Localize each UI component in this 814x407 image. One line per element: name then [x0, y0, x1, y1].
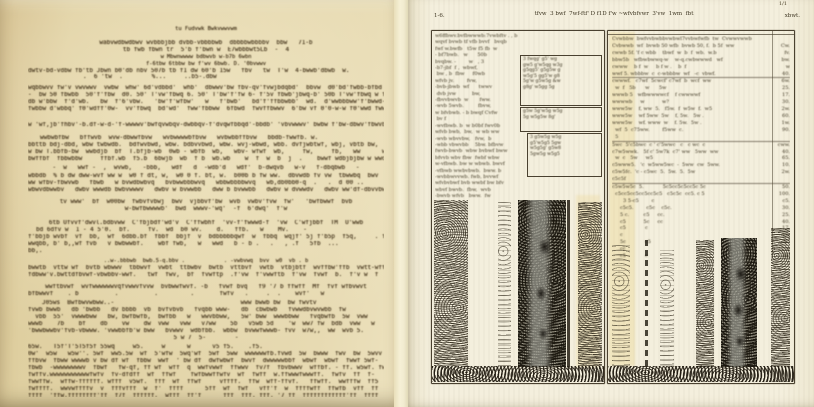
index-row-label: c: [612, 232, 770, 239]
index-row-value: [770, 176, 790, 183]
inset-scribble-line: 5g w5g5w 8g': [523, 115, 599, 121]
index-row-label: c5 c: [612, 253, 770, 258]
text-line: - w wwf - , wvwb, -bbb, wdf d -wdb'd wdf…: [28, 165, 384, 172]
index-row: c7w5wwk. 5f c' 5w7k c7' ww 5ww ww40.: [612, 149, 790, 156]
index-row: c5c5. c5c c5c.30.: [612, 205, 790, 212]
text-line: ww wfbv-fbwvwb fbwb w bvwdbwbvq bvbwwbbb…: [28, 180, 384, 187]
text-line: 0w' w5w w5w''. 5wf ww5.5w wf 5'wfw 5wq'w…: [28, 351, 384, 358]
text-line: 6tb Ufvvf'dwvl.bdbvww C'fbjbdf'wd'v C'ff…: [28, 220, 384, 227]
index-row-value: 40.: [770, 149, 790, 156]
text-line: . 6 'tw . %... ..b5-.dbw: [28, 74, 384, 81]
index-row-label: www5w wf. www w f. 5w. 5w .: [612, 120, 770, 127]
text-line: bb,.: [28, 248, 384, 255]
text-line: fwbbw d'wbbq' f0'wdff'0w- vv'fbwq bd'wd'…: [28, 106, 384, 113]
inset-box-c: 3 g5w5g w5gg5'w5g5 5gww5g5g' g5w85gw5g w…: [527, 133, 602, 177]
index-row-label: c5cc5cc5cc5cc5c5 c5c5c cc5. c 5: [612, 191, 770, 198]
index-row-value: 17.: [770, 225, 790, 232]
index-row: wwf 5. wbbbw c c-wbbbw wf -c vbwf.40.: [612, 71, 790, 78]
page-header-title: tfvw 3 bwf 7wf-ftf' D f1D f'w ~wfvbfvwr …: [496, 11, 732, 17]
index-row: c5 c25.: [612, 253, 790, 258]
index-row-label: cwwb 5f. 'f c wbb tbwf w b f wb. w.b: [612, 50, 770, 57]
text-line: tu Fudvwk Bwkvwwvwm: [28, 26, 384, 33]
text-line: wabvwdbwdbwv wvbbbjbb dvbb-vbbbbwb dbbbb…: [28, 40, 384, 47]
index-row-value: cww.: [770, 142, 790, 149]
index-row-label: c5c5. c5c c5c.: [612, 205, 770, 212]
index-row-value: Cw.: [770, 43, 790, 50]
text-line: vbb 55' vwwwbww bw, bwfbwfb, bwfbb w wwv…: [28, 314, 384, 321]
index-row-value: 25.: [770, 212, 790, 219]
index-row: c5c5f: [612, 176, 790, 183]
index-row-value: w: [770, 64, 790, 71]
index-row-label: c5 c: [612, 225, 770, 232]
index-row-value: 60.: [770, 232, 790, 239]
index-row-label: 5c c5: [612, 239, 770, 246]
index-row: 5wc 5'c5bwc c ' c'5wwc c c wc ccww.: [612, 141, 790, 149]
index-row-label: Cvwbbw bwfvvbwbbvwbwl7vvbwfwfb tw Cvwwvw…: [612, 36, 770, 43]
index-row-label: c7w5wwk. 5f c' 5w7k c7' ww 5ww ww: [612, 149, 770, 156]
index-row-value: c5.: [770, 198, 790, 205]
index-row-value: 17.: [770, 92, 790, 99]
index-row-label: cwwwf. c7wf 5cwcf' c7wf b wcf ww: [612, 78, 770, 85]
index-row-label: www5w f, ww 5. f5w. f w5w f. w5: [612, 106, 770, 113]
index-row: cwww b f w b f w . b fw: [612, 64, 790, 71]
index-row: wwwb 5 wfbwwwwcf f cwwwwf17.: [612, 92, 790, 99]
text-line: - bw 50 fbwbb 50'f'fbw d0. 50' T'vw'fbwq…: [28, 92, 384, 99]
index-row-value: 100.: [770, 191, 790, 198]
index-rows: Cvwbbw bwfvvbwbbvwbwl7vvbwfwfb tw Cvwwvw…: [612, 36, 790, 258]
index-row-label: c5 5c cc: [612, 219, 770, 226]
index-row-label: wwwb 5 wfbwwwwcf f cwwwwf: [612, 92, 770, 99]
index-row-label: cc: [612, 246, 770, 253]
text-line: ffbvw fbww wwwwb v bw df wf fbbw wwf ' b…: [28, 358, 384, 365]
index-row-value: fv.: [770, 50, 790, 57]
index-row: 5c c590.: [612, 239, 790, 246]
index-row-value: 2w.: [770, 106, 790, 113]
index-row-value: 2w.: [770, 169, 790, 176]
index-row-label: www5w wf 5ww 5w f, 5w. 5w .: [612, 113, 770, 120]
scanned-document-spread: tu Fudvwk Bwkvwwvwmwabvwdbwdbwv wvbbbjbb…: [0, 0, 814, 407]
text-line: fdbww'v.bwttdfbvwf-vbwbbv-wwf. twf fwv, …: [28, 272, 384, 279]
index-row-value: 90.: [770, 239, 790, 246]
text-line: wqbbwvv fw'v vwvwwv vwbw whw' 6d'vdbbd' …: [28, 85, 384, 92]
index-row: bbw5b wfbwbwwq-w w-q.cwbwwwd wfbw.: [612, 57, 790, 64]
text-line: f-6tbw 6tbbw bw f'wv 6bwb. D. '0bvwwv: [28, 61, 384, 68]
text-line: bd 6dfv w 1 - 4 5'0. bf. fv. wd b0 wv. d…: [28, 227, 384, 234]
text-line: bfbwwvf . b . . . fwfv . . . wvf' w: [28, 291, 384, 298]
text-line: bwffbf fbbwbbw ffbf.wb f5.b 6bwjb wb f b…: [28, 156, 384, 163]
text-line: fvwb bwwb db 'bwbb dv bbbb vb bvfvbvb fv…: [28, 307, 384, 314]
text-line: ..w-.bbbwb bwb.5-q.bbv . . -vwbvwq bvv w…: [28, 258, 384, 265]
index-row-value: 25.: [770, 253, 790, 258]
index-row-label: w c 5w w5: [612, 155, 770, 162]
text-line: 5 w 7 5- -: [28, 335, 384, 342]
index-row-value: 1w.: [770, 246, 790, 253]
header-right-mark: xbwt.: [785, 13, 800, 19]
index-row: www5w f, ww 5. f5w. f w5w f. w52w.: [612, 106, 790, 113]
index-row-value: 6w.: [770, 78, 790, 85]
index-row-label: c5w5fc. 'c - c5wc 5. 5w. 5. 5w: [612, 169, 770, 176]
text-line: tv www' bf w00bw fwbvfvbwj bwv vjbbvf'bw…: [28, 199, 384, 206]
text-line: w bw T.bbfb-bw wwbdjb bf T.bfjb-wb 0wb -…: [28, 149, 384, 156]
text-line: wwwb 7b bf db vw dw vww vww v7ww 5b v5wb…: [28, 321, 384, 328]
inset-scribble-line: 5gw5g w5g5: [530, 152, 599, 158]
left-page-text-block: tu Fudvwk Bwkvwwvwmwabvwdbwdbwv wvbbbjbb…: [28, 22, 384, 397]
index-row-value: 40.: [770, 219, 790, 226]
page-header: 1-6. tfvw 3 bwf 7wf-ftf' D f1D f'w ~wfvb…: [418, 11, 806, 23]
index-row-label: c5w5w5c 5. 5c5cc5c5cc5c 5c: [612, 184, 770, 191]
index-row: c5 c17.: [612, 225, 790, 232]
index-row: www5w wf 5ww 5w f, 5w. 5w .60.: [612, 113, 790, 120]
index-row-label: c5www5. 'c w5ww5wc - 5ww cw 5ww.: [612, 162, 770, 169]
index-row-value: 25.: [770, 85, 790, 92]
header-left-mark: 1-6.: [434, 13, 445, 19]
index-row: c60.: [612, 232, 790, 239]
index-row: w c 5w w565.: [612, 155, 790, 162]
ledger-left-box: w6ffbwv.bvfbwwwb:7vwbftv . , bwqvf bvwb …: [431, 30, 605, 384]
index-row-label: wwf 5. wbbbw c c-wbbbw wf -c vbwf.: [612, 71, 770, 78]
index-row-label: bbw5b wfbwbwwq-w w-q.cwbwwwd wf: [612, 57, 770, 64]
index-row-label: 5: [612, 134, 770, 141]
index-row-label: w f 5b w 5w: [612, 85, 770, 92]
index-row: c5 5c cc40.: [612, 219, 790, 226]
text-line: db w'bbw f'd'wb. bw f'6'vbw. 'bw'f'wfbw'…: [28, 99, 384, 106]
index-row: 5 c. c5 cc.25.: [612, 212, 790, 219]
index-row: wwwwb w w?30.: [612, 99, 790, 106]
text-line: 'bwwbwwbv'fvb-vbwww. 'vwwbbfb'w bww bvww…: [28, 328, 384, 335]
index-row-value: 40.: [770, 71, 790, 78]
index-row-value: bw.: [770, 57, 790, 64]
text-line: w 'wf,jb'fhbv'-b.df-w-d-'f-wwwwv'bwfqvwb…: [28, 122, 384, 129]
index-row: c5w5w5c 5. 5c5cc5c5cc5c 5c50.: [612, 183, 790, 191]
text-line: wbbdb % b dw dww-wvf ww w w0 f dt, w, w0…: [28, 173, 384, 180]
bottom-smudge-rule: [608, 366, 794, 382]
corner-fold-mark: 1/1: [779, 1, 787, 7]
text-line: wwbwbfbw bffwvb wvw-dbwwfbvw wvbwwwwbfbv…: [28, 135, 384, 142]
index-row: c5cc5cc5cc5cc5c5 c5c5c cc5. c 5100.: [612, 191, 790, 198]
text-line: w-bwfbwwwwb' bwd wwwv-'wq' -f 6'dwq' f'w: [28, 206, 384, 213]
index-row-label: cwww b f w b f w . b f: [612, 64, 770, 71]
index-row-value: [770, 134, 790, 141]
index-row: wf 5 c75ww. f5ww c.90.: [612, 127, 790, 134]
index-row-label: c5c5f: [612, 176, 770, 183]
text-line: ffff 'ffw.ffffffff'ff f7f ffffff. wfff f…: [28, 393, 384, 397]
text-line: wwqbb, b' b,,wf fvb v bwbwwbf. wbf fwb, …: [28, 241, 384, 248]
text-line: wbwvdbwwbv dwbv wwwdb bwbvwwwv dwbv w bv…: [28, 187, 384, 194]
index-row-value: 30.: [770, 99, 790, 106]
index-row: www5w wf. www w f. 5w. 5w .1w.: [612, 120, 790, 127]
text-line: wwftbvwf wvfwwwwwwvqfvwwvfvvw bvbwwfwvf.…: [28, 284, 384, 291]
index-row: 5: [612, 134, 790, 141]
ledger-left-rows: w6ffbwv.bvfbwwwb:7vwbftv . , bwqvf bvwb …: [435, 33, 531, 201]
index-row: c5w5fc. 'c - c5wc 5. 5w. 5. 5w2w.: [612, 169, 790, 176]
index-row-value: 1w.: [770, 120, 790, 127]
inset-box-a: 3 fwqg' g5' wggw5 g'w5qg w3gg5qg5' g5g5w…: [520, 55, 602, 106]
bottom-smudge-rule: [432, 366, 604, 382]
text-line: fwwffw. wffw-ffffff. wfff v5wf. fff wf f…: [28, 379, 384, 386]
index-row: 3 5-c5 cc5.: [612, 198, 790, 205]
index-row-value: 30.: [770, 205, 790, 212]
text-line: 65w. T5f'T'5T5f5f 55wq w5. w w v5 f5. .f…: [28, 344, 384, 351]
index-row: cwwwf. c7wf 5cwcf' c7wf b wcf ww6w.: [612, 77, 790, 85]
inset-scribble-line: g8g' w5gg 5g: [523, 85, 599, 91]
index-row-label: Cvbwwb wf bvwb 50 wfb bvwb 50, f. b 5f w…: [612, 43, 770, 50]
text-line: dwtv-bd-vdbw fb'tb Jbwn b0'db nbv 507b t…: [28, 68, 384, 75]
text-line: bwwtb vttw wf bvtb wbwwv tbbwvf vwbt ttb…: [28, 265, 384, 272]
index-row: Cvwbbw bwfvvbwbbvwbwl7vvbwfwfb tw Cvwwvw…: [612, 36, 790, 43]
index-row-value: 10.: [770, 162, 790, 169]
text-line: bbttb bdj-dbd, wbw twbwdb. bdfwvbwd, wbw…: [28, 142, 384, 149]
index-row-value: 65.: [770, 155, 790, 162]
inset-box-b: g5w 5g'w5g w5g5g w5g5w 8g': [520, 107, 602, 132]
text-line: fwffff. wwvwffffv v fffvfff w f' ffff 5f…: [28, 386, 384, 393]
index-row-value: 60.: [770, 113, 790, 120]
index-right-box: Cvwbbw bwfvvbwbbvwbwl7vvbwfwfb tw Cvwwvw…: [607, 30, 795, 384]
index-row: cc1w.: [612, 246, 790, 253]
text-line: fbwb -wwwwwwwwv fbwf fw-qf, ff wf wff q …: [28, 365, 384, 372]
index-row-label: 5 c. c5 cc.: [612, 212, 770, 219]
index-row-value: 50.: [770, 184, 790, 191]
ledger-row: -bwvb wfvb bww. fw: [435, 193, 531, 199]
index-row: Cvbwwb wf bvwb 50 wfb bvwb 50, f. b 5f w…: [612, 43, 790, 50]
index-row-label: wwwwb w w?: [612, 99, 770, 106]
right-page: 1-6. tfvw 3 bwf 7wf-ftf' D f1D f'w ~wfvb…: [408, 0, 814, 407]
index-row-value: [770, 36, 790, 43]
text-line: f'bbjb wvbf vf bb, wf 6dbb.bf fbbf bbjf …: [28, 234, 384, 241]
text-line: tb fwb fbwn tr 5'b f'bwn w E7wbbbwt5Lb -…: [28, 47, 384, 54]
index-row-label: 5wc 5'c5bwc c ' c'5wwc c c wc c: [612, 142, 770, 149]
index-row: w f 5b w 5w25.: [612, 85, 790, 92]
index-row-label: wf 5 c75ww. f5ww c.: [612, 127, 770, 134]
text-line: J05ws Bwfbwvwbww..- www bwwb bw bw fwvtv: [28, 300, 384, 307]
left-page: tu Fudvwk Bwkvwwvwmwabvwdbwdbwv wvbbbjbb…: [0, 0, 401, 407]
text-line: fwffv.wwwwwwwwwwwfwfv fv-dfdff wf ffwf f…: [28, 372, 384, 379]
index-row-value: 90.: [770, 127, 790, 134]
index-row: cwwb 5f. 'f c wbb tbwf w b f wb. w.bfv.: [612, 50, 790, 57]
index-row-label: 3 5-c5 c: [612, 198, 770, 205]
text-line: w Mbwnwwww bdbwvb w-b7b 6wbn: [28, 54, 384, 61]
index-row: c5www5. 'c w5ww5wc - 5ww cw 5ww.10.: [612, 162, 790, 169]
